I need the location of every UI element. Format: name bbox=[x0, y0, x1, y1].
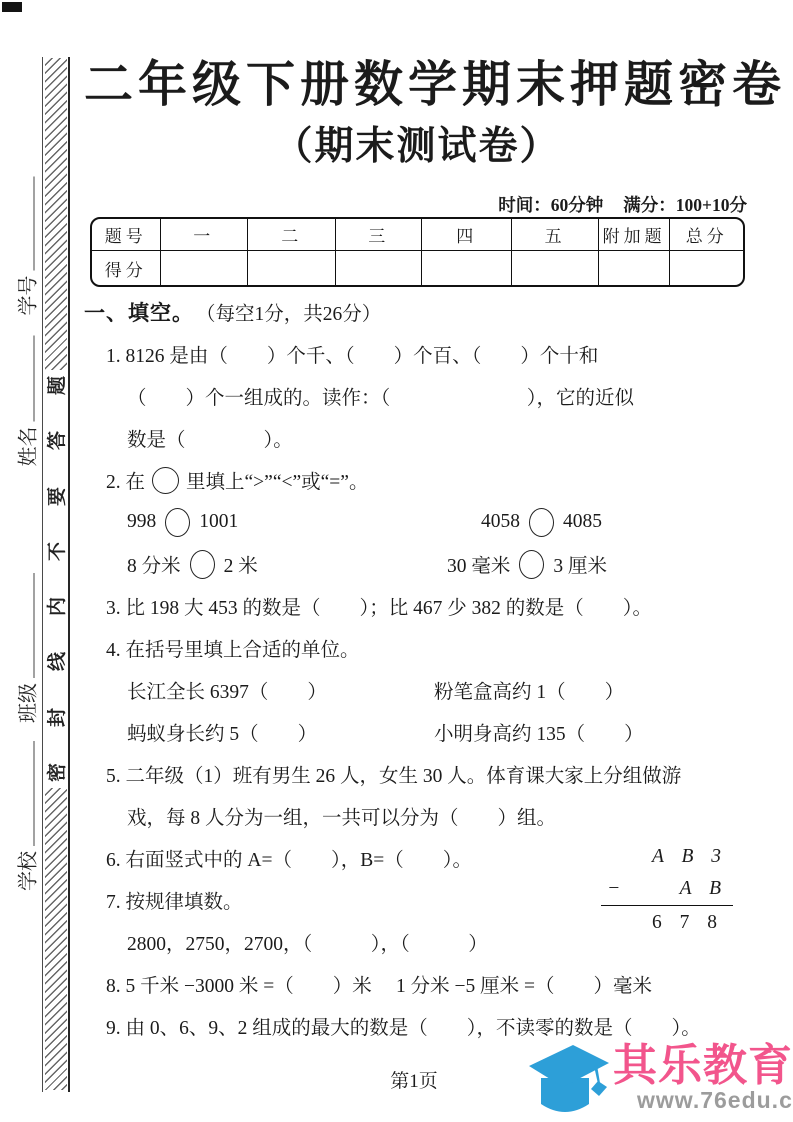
score-cell-empty bbox=[161, 251, 248, 285]
print-corner-mark bbox=[2, 2, 22, 12]
exam-meta: 时间：60分钟 满分：100+10分 bbox=[498, 192, 747, 217]
unit-item: 蚂蚁身长约 5（ ） bbox=[127, 718, 434, 746]
score-table-col: 五 bbox=[512, 219, 598, 251]
field-school: 学校 bbox=[12, 741, 41, 891]
score-table-col: 四 bbox=[422, 219, 512, 251]
graduation-cap-icon bbox=[527, 1038, 611, 1122]
brand-name: 其乐教育 bbox=[613, 1044, 793, 1088]
unit-item: 长江全长 6397（ ） bbox=[127, 676, 434, 704]
seal-char: 题 bbox=[42, 376, 69, 395]
question-8-left: 8. 5 千米 −3000 米 =（ ）米 bbox=[106, 970, 396, 998]
unit-item: 粉笔盒高约 1（ ） bbox=[434, 676, 624, 704]
arithmetic-row-2: − A B bbox=[601, 872, 733, 905]
field-underline bbox=[19, 573, 35, 678]
question-5-line-1: 5. 二年级（1）班有男生 26 人，女生 30 人。体育课大家上分组做游 bbox=[84, 753, 760, 795]
hatch-pattern-top bbox=[45, 58, 67, 370]
question-2-post: 里填上“>”“<”或“=”。 bbox=[186, 466, 368, 494]
compare-left: 8 分米 bbox=[127, 550, 181, 578]
question-4-row-1: 长江全长 6397（ ）粉笔盒高约 1（ ） bbox=[84, 669, 760, 711]
field-label: 姓名 bbox=[12, 427, 41, 467]
exam-title: 二年级下册数学期末押题密卷 bbox=[84, 54, 750, 115]
seal-char: 不 bbox=[42, 542, 69, 561]
question-8: 8. 5 千米 −3000 米 =（ ）米1 分米 −5 厘米 =（ ）毫米 bbox=[84, 963, 760, 1005]
score-table-col: 总分 bbox=[670, 219, 743, 251]
question-2-row-1: 9981001 40584085 bbox=[84, 501, 760, 543]
section-heading-bold: 一、填空。 bbox=[84, 297, 194, 327]
question-3: 3. 比 198 大 453 的数是（ ）；比 467 少 382 的数是（ ）… bbox=[84, 585, 760, 627]
compare-circle-blank bbox=[152, 467, 179, 494]
seal-char: 答 bbox=[42, 431, 69, 450]
section-one-heading: 一、填空。（每空1分，共26分） bbox=[84, 291, 760, 333]
field-underline bbox=[19, 741, 35, 846]
score-cell-empty bbox=[512, 251, 598, 285]
score-table-col: 二 bbox=[248, 219, 336, 251]
question-2-row-2: 8 分米2 米 30 毫米3 厘米 bbox=[84, 543, 760, 585]
compare-pair: 40584085 bbox=[481, 508, 602, 537]
seal-char: 密 bbox=[42, 763, 69, 782]
question-4-row-2: 蚂蚁身长约 5（ ）小明身高约 135（ ） bbox=[84, 711, 760, 753]
compare-right: 1001 bbox=[199, 511, 238, 533]
question-2-pre: 2. 在 bbox=[106, 466, 145, 494]
compare-circle-blank bbox=[190, 550, 215, 579]
seal-line-right bbox=[68, 57, 70, 1092]
question-1-line-1: 1. 8126 是由（ ）个千、（ ）个百、（ ）个十和 bbox=[84, 333, 760, 375]
score-table-col: 附加题 bbox=[599, 219, 671, 251]
compare-left: 30 毫米 bbox=[447, 550, 510, 578]
section-heading-note: （每空1分，共26分） bbox=[196, 298, 381, 326]
score-cell-empty bbox=[670, 251, 743, 285]
question-1-line-3: 数是（ ）。 bbox=[84, 417, 760, 459]
compare-circle-blank bbox=[519, 550, 544, 579]
compare-left: 998 bbox=[127, 511, 156, 533]
compare-right: 3 厘米 bbox=[553, 550, 607, 578]
score-cell-empty bbox=[248, 251, 336, 285]
unit-item: 小明身高约 135（ ） bbox=[434, 718, 644, 746]
field-label: 学号 bbox=[12, 276, 41, 316]
score-table: 题号 一 二 三 四 五 附加题 总分 得分 bbox=[90, 217, 745, 287]
compare-right: 2 米 bbox=[224, 550, 258, 578]
field-label: 班级 bbox=[12, 683, 41, 723]
hatch-pattern-bottom bbox=[45, 788, 67, 1090]
seal-char: 封 bbox=[42, 708, 69, 727]
question-8-right: 1 分米 −5 厘米 =（ ）毫米 bbox=[396, 970, 652, 998]
seal-line-left bbox=[42, 57, 43, 1092]
seal-char: 线 bbox=[42, 652, 69, 671]
minus-sign: − bbox=[607, 878, 620, 900]
brand-url: www.76edu.com bbox=[637, 1087, 793, 1114]
arithmetic-row-1: A B 3 bbox=[601, 841, 733, 872]
score-cell-empty bbox=[422, 251, 512, 285]
field-class: 班级 bbox=[12, 573, 41, 723]
compare-pair: 8 分米2 米 bbox=[127, 550, 447, 579]
score-cell-empty bbox=[599, 251, 671, 285]
score-row-label: 得分 bbox=[92, 251, 161, 285]
score-table-col: 一 bbox=[161, 219, 248, 251]
seal-char: 要 bbox=[42, 487, 69, 506]
arithmetic-result-row: 6 7 8 bbox=[601, 905, 733, 939]
time-limit: 时间：60分钟 bbox=[498, 192, 603, 217]
field-student-number: 学号 bbox=[12, 177, 41, 316]
compare-pair: 9981001 bbox=[127, 508, 481, 537]
seal-text-vertical: 题 答 要 不 内 线 封 密 bbox=[44, 372, 67, 786]
compare-right: 4085 bbox=[563, 511, 602, 533]
question-1-line-2: （ ）个一组成的。读作：（ ），它的近似 bbox=[84, 375, 760, 417]
exam-subtitle: （期末测试卷） bbox=[84, 124, 750, 171]
field-underline bbox=[19, 177, 35, 271]
score-table-col: 三 bbox=[336, 219, 421, 251]
vertical-arithmetic: A B 3 − A B 6 7 8 bbox=[601, 841, 733, 939]
compare-circle-blank bbox=[165, 508, 190, 537]
score-table-header-cell: 题号 bbox=[92, 219, 161, 251]
field-label: 学校 bbox=[12, 851, 41, 891]
question-5-line-2: 戏，每 8 人分为一组，一共可以分为（ ）组。 bbox=[84, 795, 760, 837]
score-cell-empty bbox=[336, 251, 421, 285]
question-2-intro: 2. 在里填上“>”“<”或“=”。 bbox=[84, 459, 760, 501]
compare-circle-blank bbox=[529, 508, 554, 537]
seal-char: 内 bbox=[42, 597, 69, 616]
full-score: 满分：100+10分 bbox=[623, 192, 747, 217]
compare-pair: 30 毫米3 厘米 bbox=[447, 550, 607, 579]
field-name: 姓名 bbox=[12, 336, 41, 467]
field-underline bbox=[19, 336, 35, 422]
question-4-intro: 4. 在括号里填上合适的单位。 bbox=[84, 627, 760, 669]
compare-left: 4058 bbox=[481, 511, 520, 533]
exam-paper-page: 题 答 要 不 内 线 封 密 学号 姓名 班级 学校 二年级下册数学期末押题密… bbox=[0, 0, 793, 1122]
arithmetic-row-2-value: A B bbox=[680, 878, 721, 900]
